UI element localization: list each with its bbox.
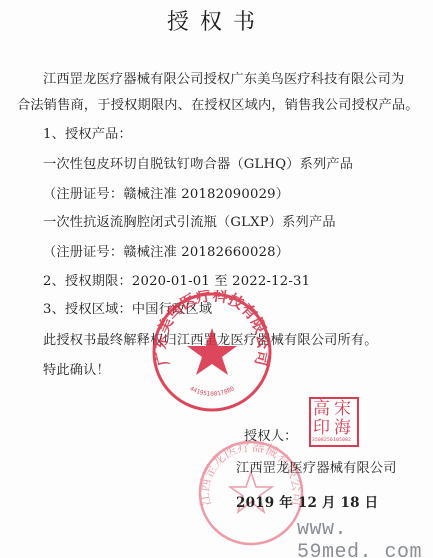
section-2-period: 2、授权期限：2020-01-01 至 2022-12-31 [43,274,310,290]
intro-line-1: 江西罡龙医疗器械有限公司授权广东美鸟医疗科技有限公司为 [43,72,404,88]
watermark-text: www. 59med. com [297,518,433,558]
product-2-name: 一次性抗返流胸腔闭式引流瓶（GLXP）系列产品 [43,215,336,231]
product-2-registration: （注册证号：赣械注准 20182660028） [43,245,289,261]
seal-char-hai: 海 [334,419,351,437]
seal-char-yin: 印 [313,419,330,437]
product-1-name: 一次性包皮环切自脱钛钉吻合器（GLHQ）系列产品 [43,157,353,173]
intro-line-2: 合法销售商，于授权期限内、在授权区域内，销售我公司授权产品。 [17,98,419,114]
confirmation-text: 特此确认！ [43,363,110,379]
signing-date: 2019 年 12 月 18 日 [236,495,378,511]
document-title: 授权书 [0,5,433,36]
product-1-registration: （注册证号：赣械注准 20182090029） [43,187,289,203]
seal-number: 3508250105082 [312,438,351,443]
authorizer-company: 江西罡龙医疗器械有限公司 [236,461,397,477]
authorizer-seal-icon: 江西罡龙医疗器械有限公司 [196,438,306,548]
seal-char-song: 宋 [334,400,351,418]
svg-text:4419510017880: 4419510017880 [188,385,235,398]
personal-seal: 高 宋 印 海 3508250105082 [309,397,359,447]
company-seal-icon: 广东美鸟医疗科技有限公司 4419510017880 [150,290,274,414]
seal-char-gao: 高 [313,400,330,418]
section-1-heading: 1、授权产品： [43,127,132,143]
